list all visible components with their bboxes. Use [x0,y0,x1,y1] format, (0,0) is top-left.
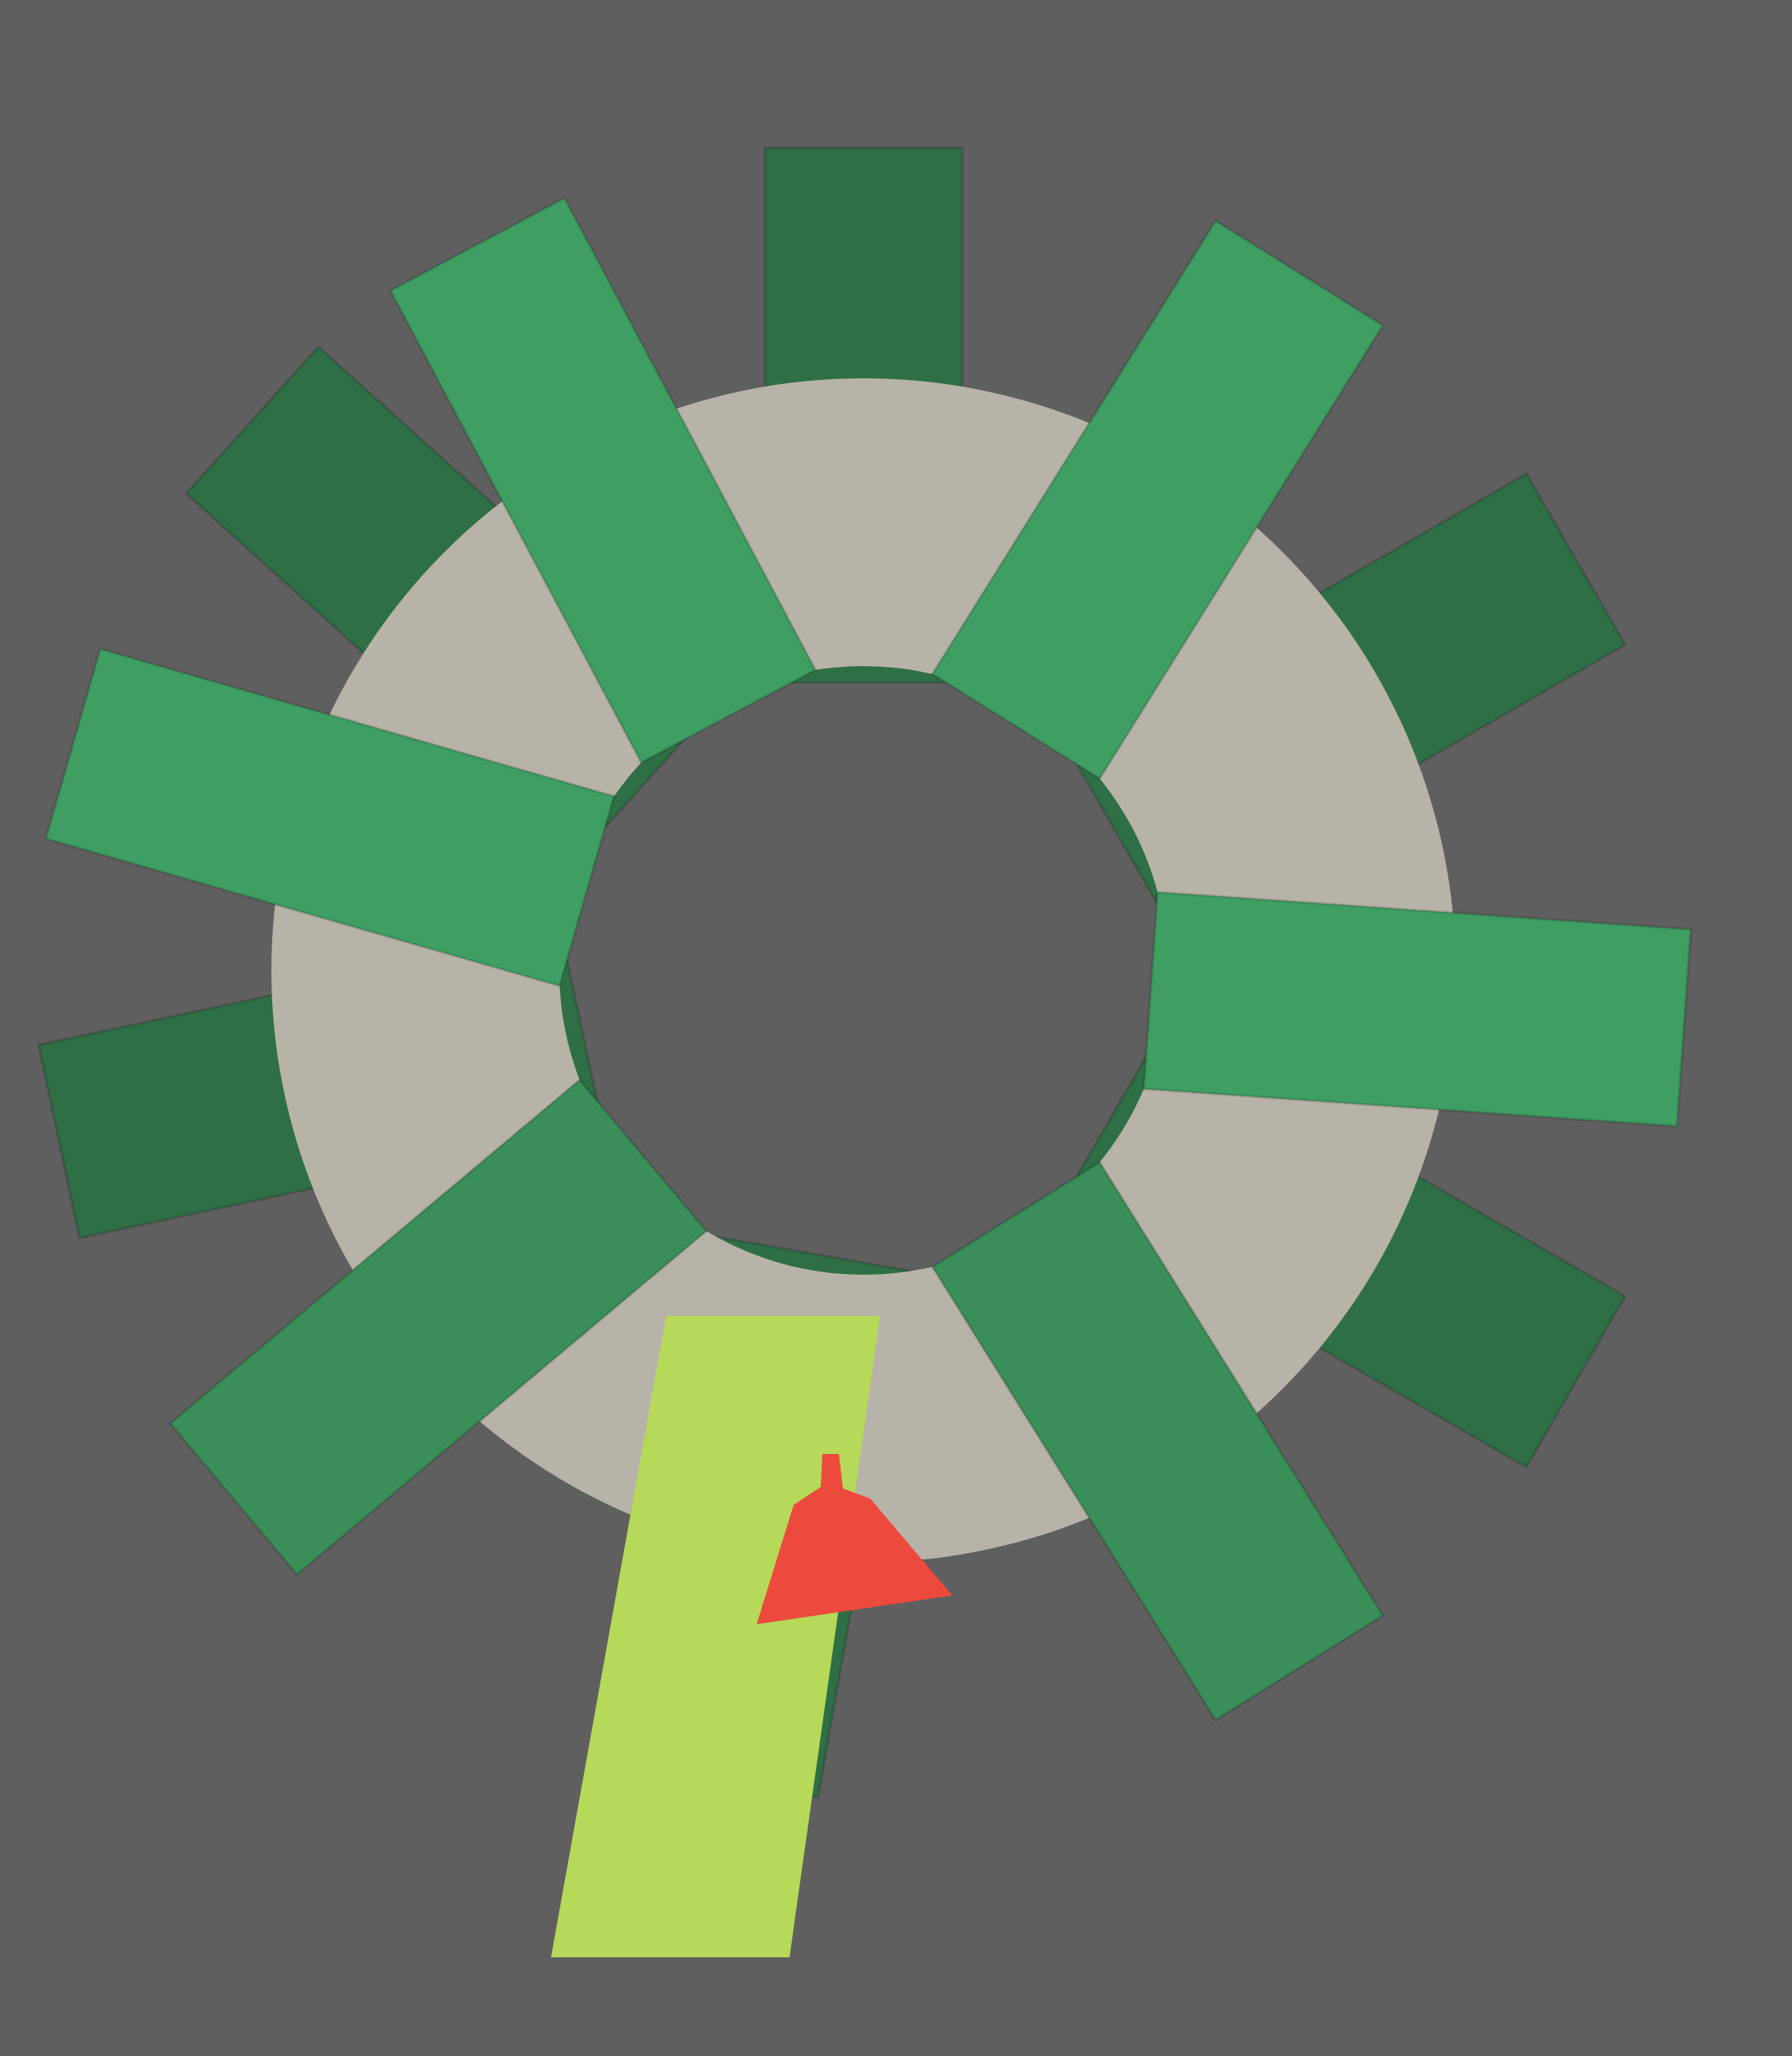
wreath-illustration [0,0,1792,2056]
green-strip [1144,892,1691,1127]
wreath-photo [0,0,1792,2056]
